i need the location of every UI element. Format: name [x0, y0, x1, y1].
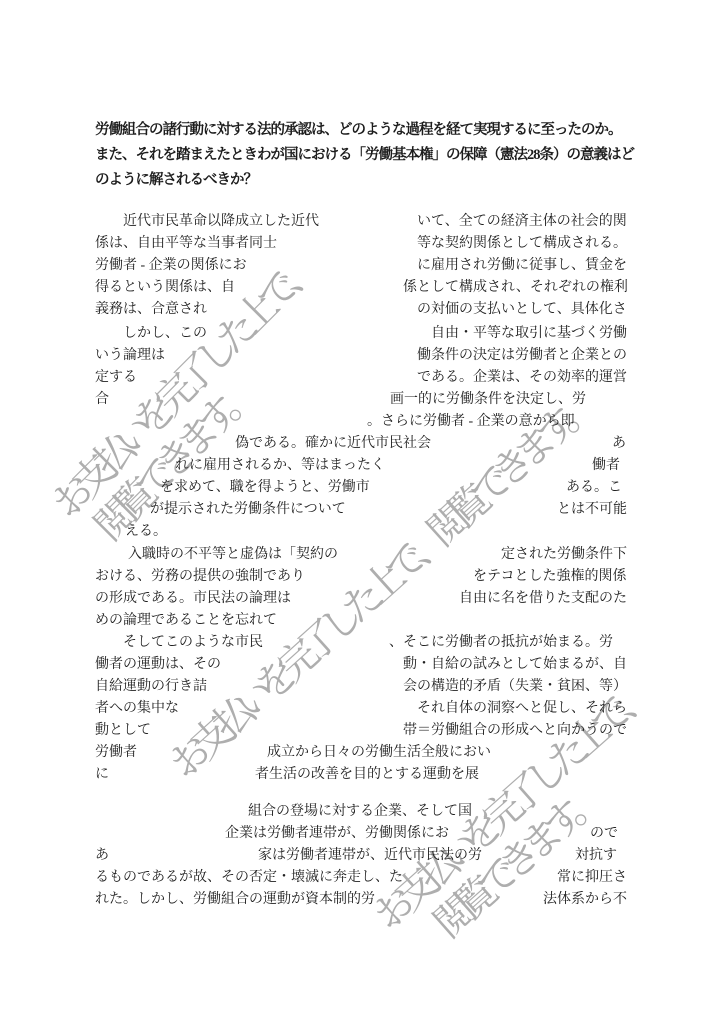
body-text-fragment: 等な契約関係として構成される。: [417, 232, 627, 252]
body-text-fragment: めの論理であることを忘れて: [95, 609, 277, 629]
body-text-fragment: 合: [95, 388, 109, 408]
body-text-fragment: 自由・平等な取引に基づく労働: [431, 322, 627, 342]
body-text-fragment: 働条件の決定は労働者と企業との: [417, 344, 627, 364]
body-text-fragment: 対抗す: [575, 844, 617, 864]
body-text-fragment: あ: [612, 432, 626, 452]
body-text-fragment: 労働者: [95, 741, 137, 761]
body-text-fragment: 会の構造的矛盾（失業・貧困、等）: [403, 675, 627, 695]
body-text-fragment: 動・自給の試みとして始まるが、自: [403, 653, 627, 673]
body-text-fragment: 自由に名を借りた支配のた: [459, 587, 627, 607]
body-text-fragment: 義務は、合意され: [95, 298, 207, 318]
body-text-fragment: 企業は労働者連帯が、労働関係にお: [225, 822, 449, 842]
body-text-fragment: 者への集中な: [95, 697, 179, 717]
body-text-fragment: いて、全ての経済主体の社会的関: [417, 210, 627, 230]
body-text-fragment: ある。こ: [566, 476, 622, 496]
body-text-fragment: をテコとした強権的関係: [473, 565, 626, 585]
body-text-fragment: 労働者 - 企業の関係にお: [95, 254, 247, 274]
body-text-fragment: 働者: [592, 454, 620, 474]
body-text-fragment: 入職時の不平等と虚偽は「契約の: [128, 543, 338, 563]
body-text-fragment: 自給運動の行き詰: [95, 675, 207, 695]
body-text-fragment: 動として: [95, 719, 151, 739]
body-text-fragment: 。さらに労働者 - 企業の意から即: [367, 410, 575, 430]
body-text-fragment: える。: [125, 520, 167, 540]
body-text-fragment: が提示された労働条件について: [150, 498, 346, 518]
body-text-fragment: 係は、自由平等な当事者同士: [95, 232, 277, 252]
body-text-fragment: 、そこに労働者の抵抗が始まる。労: [389, 631, 613, 651]
body-text-fragment: の対価の支払いとして、具体化さ: [417, 298, 627, 318]
body-text-fragment: 法体系から不: [543, 888, 627, 908]
body-text-fragment: れに雇用されるか、等はまったく: [175, 454, 385, 474]
body-text-fragment: の形成である。市民法の論理は: [95, 587, 291, 607]
title-line: また、それを踏まえたときわが国における「労働基本権」の保障（憲法28条）の意義は…: [95, 143, 634, 164]
body-text-fragment: を求めて、職を得ようと、労働市: [160, 476, 370, 496]
body-text-fragment: れた。しかし、労働組合の運動が資本制的労: [95, 888, 375, 908]
body-text-fragment: 成立から日々の労働生活全般におい: [267, 741, 491, 761]
body-text-fragment: 家は労働者連帯が、近代市民法の労: [258, 844, 482, 864]
body-text-fragment: おける、労務の提供の強制であり: [95, 565, 305, 585]
body-text-fragment: 定する: [95, 366, 137, 386]
body-text-fragment: 常に抑圧さ: [557, 866, 627, 886]
body-text-fragment: とは不可能: [557, 498, 627, 518]
body-text-fragment: しかし、この: [123, 322, 207, 342]
body-text-fragment: に雇用され労働に従事し、賃金を: [417, 254, 627, 274]
body-text-fragment: 得るという関係は、自: [95, 276, 235, 296]
body-text-fragment: ので: [590, 822, 618, 842]
body-text-fragment: 画一的に労働条件を決定し、労: [390, 388, 586, 408]
body-text-fragment: 近代市民革命以降成立した近代: [123, 210, 319, 230]
body-text-fragment: 者生活の改善を目的とする運動を展: [255, 763, 479, 783]
body-text-fragment: それ自体の洞察へと促し、それら: [417, 697, 627, 717]
body-text-fragment: 係として構成され、それぞれの権利: [403, 276, 628, 296]
body-text-fragment: 働者の運動は、その: [95, 653, 221, 673]
body-text-fragment: 定された労働条件下: [501, 543, 627, 563]
body-text-fragment: 帯＝労働組合の形成へと向かうので: [403, 719, 627, 739]
body-text-fragment: に: [95, 763, 109, 783]
document-page: お支払いを完了した上で、閲覧できます。お支払いを完了した上で、閲覧できます。お支…: [0, 0, 724, 1024]
document-text-layer: 労働組合の諸行動に対する法的承認は、どのような過程を経て実現するに至ったのか。ま…: [0, 0, 724, 1024]
title-line: のように解されるべきか？: [95, 168, 257, 189]
body-text-fragment: 偽である。確かに近代市民社会: [235, 432, 431, 452]
body-text-fragment: そしてこのような市民: [123, 631, 263, 651]
title-line: 労働組合の諸行動に対する法的承認は、どのような過程を経て実現するに至ったのか。: [95, 118, 622, 139]
body-text-fragment: である。企業は、その効率的運営: [417, 366, 627, 386]
body-text-fragment: いう論理は: [95, 344, 165, 364]
body-text-fragment: 組合の登場に対する企業、そして国: [248, 800, 472, 820]
body-text-fragment: あ: [95, 844, 109, 864]
body-text-fragment: るものであるが故、その否定・壊滅に奔走し、た: [95, 866, 403, 886]
